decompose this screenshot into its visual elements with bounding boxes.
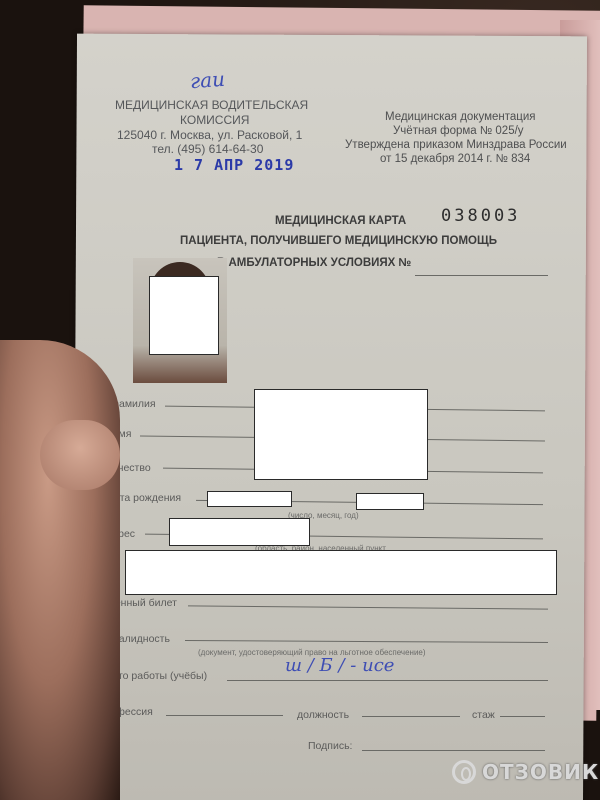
experience-line bbox=[500, 716, 545, 717]
name-redaction bbox=[254, 389, 428, 480]
title-line2: ПАЦИЕНТА, ПОЛУЧИВШЕГО МЕДИЦИНСКУЮ ПОМОЩЬ bbox=[180, 235, 497, 247]
ambulatory-number-line bbox=[415, 275, 548, 276]
thumb bbox=[40, 420, 120, 490]
holding-hand bbox=[0, 340, 120, 800]
otzovik-logo-icon bbox=[452, 760, 476, 784]
handwritten-mark: гаи bbox=[189, 67, 226, 93]
signature-line bbox=[362, 750, 545, 751]
address-redaction-1 bbox=[169, 518, 310, 546]
form-number: Учётная форма № 025/у bbox=[393, 124, 524, 138]
org-name-line1: МЕДИЦИНСКАЯ ВОДИТЕЛЬСКАЯ bbox=[115, 98, 308, 113]
org-phone: тел. (495) 614-64-30 bbox=[152, 142, 263, 157]
birth-date-redaction-2 bbox=[356, 493, 424, 510]
profession-line bbox=[166, 715, 283, 716]
date-stamp: 1 7 АПР 2019 bbox=[174, 156, 294, 174]
workplace-handwriting: ш / Б / - исе bbox=[285, 655, 394, 676]
watermark-text: ОТЗОВИК bbox=[482, 760, 599, 784]
signature-label: Подпись: bbox=[308, 740, 352, 752]
card-number: 038003 bbox=[441, 206, 520, 226]
patronymic-label: чество bbox=[118, 462, 151, 474]
position-line bbox=[362, 716, 460, 717]
org-name-line2: КОМИССИЯ bbox=[180, 113, 249, 128]
doc-type: Медицинская документация bbox=[385, 110, 536, 124]
approval-date: от 15 декабря 2014 г. № 834 bbox=[380, 152, 530, 166]
workplace-line bbox=[227, 680, 548, 681]
birth-date-redaction-1 bbox=[207, 491, 292, 507]
title-line3: В АМБУЛАТОРНЫХ УСЛОВИЯХ № bbox=[217, 257, 411, 269]
address-redaction-2 bbox=[125, 550, 557, 595]
title-line1: МЕДИЦИНСКАЯ КАРТА bbox=[275, 215, 406, 227]
experience-label: стаж bbox=[472, 709, 495, 721]
approval-line: Утверждена приказом Минздрава России bbox=[345, 138, 567, 152]
photo-redaction bbox=[149, 276, 219, 355]
org-address: 125040 г. Москва, ул. Расковой, 1 bbox=[117, 128, 302, 143]
position-label: должность bbox=[297, 709, 349, 721]
